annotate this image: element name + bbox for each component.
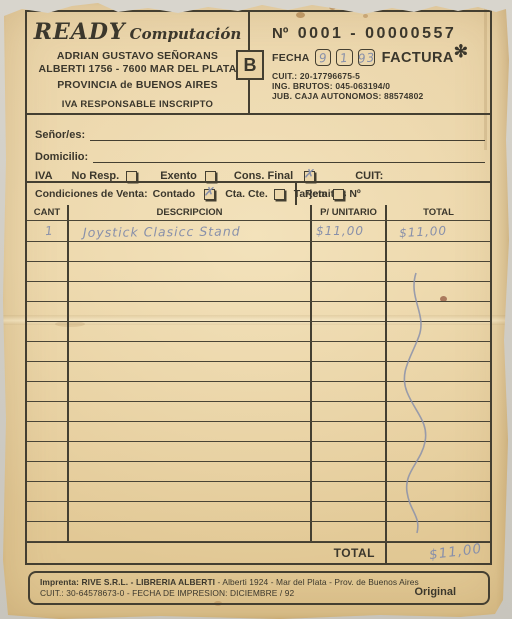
table-cell: [312, 262, 387, 281]
table-row: [27, 342, 490, 362]
cond-option-contado-checkbox: ✗: [204, 189, 215, 200]
table-cell: [387, 482, 490, 501]
table-cell: [312, 242, 387, 261]
table-cell: [27, 442, 69, 461]
asterisk-icon: ✻: [454, 42, 468, 62]
table-cell: [69, 442, 312, 461]
printer-footer: Imprenta: RIVE S.R.L. - LIBRERIA ALBERTI…: [28, 571, 490, 605]
table-row: [27, 382, 490, 402]
item-quantity-value: 1: [26, 220, 67, 240]
table-header-row: CANT DESCRIPCION P/ UNITARIO TOTAL: [27, 205, 490, 221]
table-row: [27, 402, 490, 422]
table-cell: [27, 462, 69, 481]
table-cell: [387, 522, 490, 541]
table-cell: [27, 402, 69, 421]
grand-total-label: TOTAL: [27, 543, 387, 563]
table-row: [27, 522, 490, 542]
items-table: CANT DESCRIPCION P/ UNITARIO TOTAL 1 Joy…: [27, 205, 490, 563]
table-cell: [27, 282, 69, 301]
table-cell: [387, 322, 490, 341]
table-cell: [387, 422, 490, 441]
table-cell: [27, 362, 69, 381]
printer-address: - Alberti 1924 - Mar del Plata - Prov. d…: [218, 577, 419, 587]
table-cell: [312, 302, 387, 321]
column-header-total: TOTAL: [387, 205, 490, 220]
table-cell: [27, 262, 69, 281]
table-cell: [312, 382, 387, 401]
date-day-box: 9: [315, 49, 332, 66]
seller-jubilacion: JUB. CAJA AUTONOMOS: 88574802: [272, 91, 490, 101]
customer-name-row: Señor/es:: [35, 127, 485, 141]
date-month-box: 1: [336, 49, 353, 66]
table-cell: [387, 262, 490, 281]
customer-name-label: Señor/es:: [35, 129, 85, 141]
sale-conditions-cell: Condiciones de Venta: Contado ✗ Cta. Cte…: [27, 183, 297, 205]
customer-address-label: Domicilio:: [35, 151, 88, 163]
remitos-cell: Remitos Nº: [297, 183, 490, 205]
table-cell: [69, 482, 312, 501]
cond-option-contado-label: Contado: [153, 188, 196, 200]
cond-option-ctacte-label: Cta. Cte.: [225, 188, 268, 200]
column-header-descripcion: DESCRIPCION: [69, 205, 312, 220]
item-total-cell: $11,00: [387, 221, 490, 241]
date-line: FECHA 9 1 93 FACTURA: [252, 49, 454, 66]
table-cell: [312, 482, 387, 501]
table-cell: [27, 302, 69, 321]
table-cell: [69, 282, 312, 301]
table-cell: [387, 362, 490, 381]
checkbox-mark: ✗: [203, 184, 216, 200]
invoice-form: READYComputación ADRIAN GUSTAVO SEÑORANS…: [25, 10, 492, 565]
table-cell: [387, 502, 490, 521]
invoice-number-value: 0001 - 00000557: [298, 25, 457, 42]
customer-address-blank-line: [93, 149, 485, 163]
invoice-letter-box: B: [236, 50, 264, 80]
table-cell: [69, 462, 312, 481]
table-cell: [387, 382, 490, 401]
table-cell: [69, 262, 312, 281]
column-header-cant: CANT: [27, 205, 69, 220]
printer-name: RIVE S.R.L. - LIBRERIA ALBERTI: [82, 577, 216, 587]
table-cell: [69, 382, 312, 401]
table-cell: [69, 362, 312, 381]
table-empty-rows: [27, 242, 490, 542]
item-description-cell: Joystick Clasicc Stand: [69, 221, 312, 241]
table-cell: [312, 342, 387, 361]
table-row: [27, 282, 490, 302]
customer-address-row: Domicilio:: [35, 149, 485, 163]
grand-total-value: $11,00: [428, 541, 483, 563]
table-cell: [27, 322, 69, 341]
checkbox-mark: ✗: [303, 166, 316, 182]
table-cell: [27, 382, 69, 401]
seller-block: READYComputación ADRIAN GUSTAVO SEÑORANS…: [27, 12, 250, 113]
sale-conditions-band: Condiciones de Venta: Contado ✗ Cta. Cte…: [27, 181, 490, 205]
table-row: [27, 362, 490, 382]
company-name: READYComputación: [27, 20, 248, 46]
table-cell: [387, 302, 490, 321]
invoice-header: READYComputación ADRIAN GUSTAVO SEÑORANS…: [27, 12, 490, 115]
table-row: [27, 302, 490, 322]
item-row: 1 Joystick Clasicc Stand $11,00 $11,00: [27, 221, 490, 242]
table-cell: [27, 522, 69, 541]
table-cell: [69, 402, 312, 421]
date-year-box: 93: [358, 49, 375, 66]
paper-edge-shadow: [496, 0, 512, 619]
table-cell: [27, 422, 69, 441]
table-cell: [387, 402, 490, 421]
table-cell: [387, 282, 490, 301]
table-cell: [312, 522, 387, 541]
table-cell: [312, 462, 387, 481]
date-year-value: 93: [357, 50, 375, 65]
table-row: [27, 322, 490, 342]
invoice-meta-block: Nº 0001 - 00000557 ✻ FECHA 9 1 93 FACTUR…: [252, 12, 490, 113]
customer-name-blank-line: [90, 127, 485, 141]
item-unit-price-value: $11,00: [312, 221, 385, 238]
table-row: [27, 262, 490, 282]
table-cell: [69, 302, 312, 321]
table-cell: [27, 342, 69, 361]
seller-province: PROVINCIA de BUENOS AIRES: [27, 79, 248, 92]
table-cell: [69, 342, 312, 361]
invoice-paper: READYComputación ADRIAN GUSTAVO SEÑORANS…: [0, 0, 512, 619]
document-type-label: FACTURA: [382, 50, 454, 66]
imprenta-label: Imprenta:: [40, 577, 79, 587]
iva-option-noresp-checkbox: [126, 171, 137, 182]
seller-ing-brutos: ING. BRUTOS: 045-063194/0: [272, 81, 490, 91]
table-cell: [69, 322, 312, 341]
table-cell: [312, 322, 387, 341]
table-cell: [312, 422, 387, 441]
seller-cuit: CUIT.: 20-17796675-5: [272, 71, 490, 81]
item-total-value: $11,00: [387, 218, 491, 240]
date-label: FECHA: [272, 52, 310, 64]
brand-primary: READY: [34, 19, 126, 45]
table-cell: [69, 422, 312, 441]
iva-option-exento-checkbox: [205, 171, 216, 182]
table-row: [27, 462, 490, 482]
invoice-number-line: Nº 0001 - 00000557 ✻: [252, 25, 490, 43]
invoice-number-label: Nº: [272, 25, 288, 42]
table-cell: [69, 502, 312, 521]
date-month-value: 1: [340, 50, 350, 65]
grand-total-row: TOTAL $11,00: [27, 542, 490, 563]
fiscal-ids: CUIT.: 20-17796675-5 ING. BRUTOS: 045-06…: [252, 71, 490, 101]
date-day-value: 9: [318, 50, 328, 65]
table-row: [27, 442, 490, 462]
item-description-value: Joystick Clasicc Stand: [69, 220, 310, 240]
seller-address: ALBERTI 1756 - 7600 MAR DEL PLATA: [27, 63, 248, 76]
table-row: [27, 242, 490, 262]
item-unit-price-cell: $11,00: [312, 221, 387, 241]
table-cell: [387, 242, 490, 261]
table-cell: [312, 442, 387, 461]
table-cell: [27, 482, 69, 501]
grand-total-cell: $11,00: [387, 543, 490, 563]
table-cell: [27, 242, 69, 261]
iva-option-consfinal-checkbox: ✗: [304, 171, 315, 182]
table-cell: [69, 242, 312, 261]
item-quantity-cell: 1: [27, 221, 69, 241]
table-cell: [69, 522, 312, 541]
table-row: [27, 482, 490, 502]
cond-option-ctacte-checkbox: [274, 189, 285, 200]
copy-type-label: Original: [414, 586, 456, 598]
seller-tax-status: IVA RESPONSABLE INSCRIPTO: [27, 99, 248, 110]
cond-option-tarjeta-checkbox: [333, 189, 344, 200]
column-header-unitario: P/ UNITARIO: [312, 205, 387, 220]
sale-conditions-label: Condiciones de Venta:: [35, 188, 148, 200]
table-cell: [387, 442, 490, 461]
table-cell: [312, 502, 387, 521]
table-cell: [312, 402, 387, 421]
scanned-invoice-page: { "header": { "brand": "READY", "brand2"…: [0, 0, 512, 619]
table-row: [27, 422, 490, 442]
table-cell: [312, 362, 387, 381]
table-cell: [312, 282, 387, 301]
brand-secondary: Computación: [130, 25, 242, 43]
table-cell: [387, 342, 490, 361]
table-cell: [27, 502, 69, 521]
owner-name: ADRIAN GUSTAVO SEÑORANS: [27, 50, 248, 63]
table-row: [27, 502, 490, 522]
table-cell: [387, 462, 490, 481]
